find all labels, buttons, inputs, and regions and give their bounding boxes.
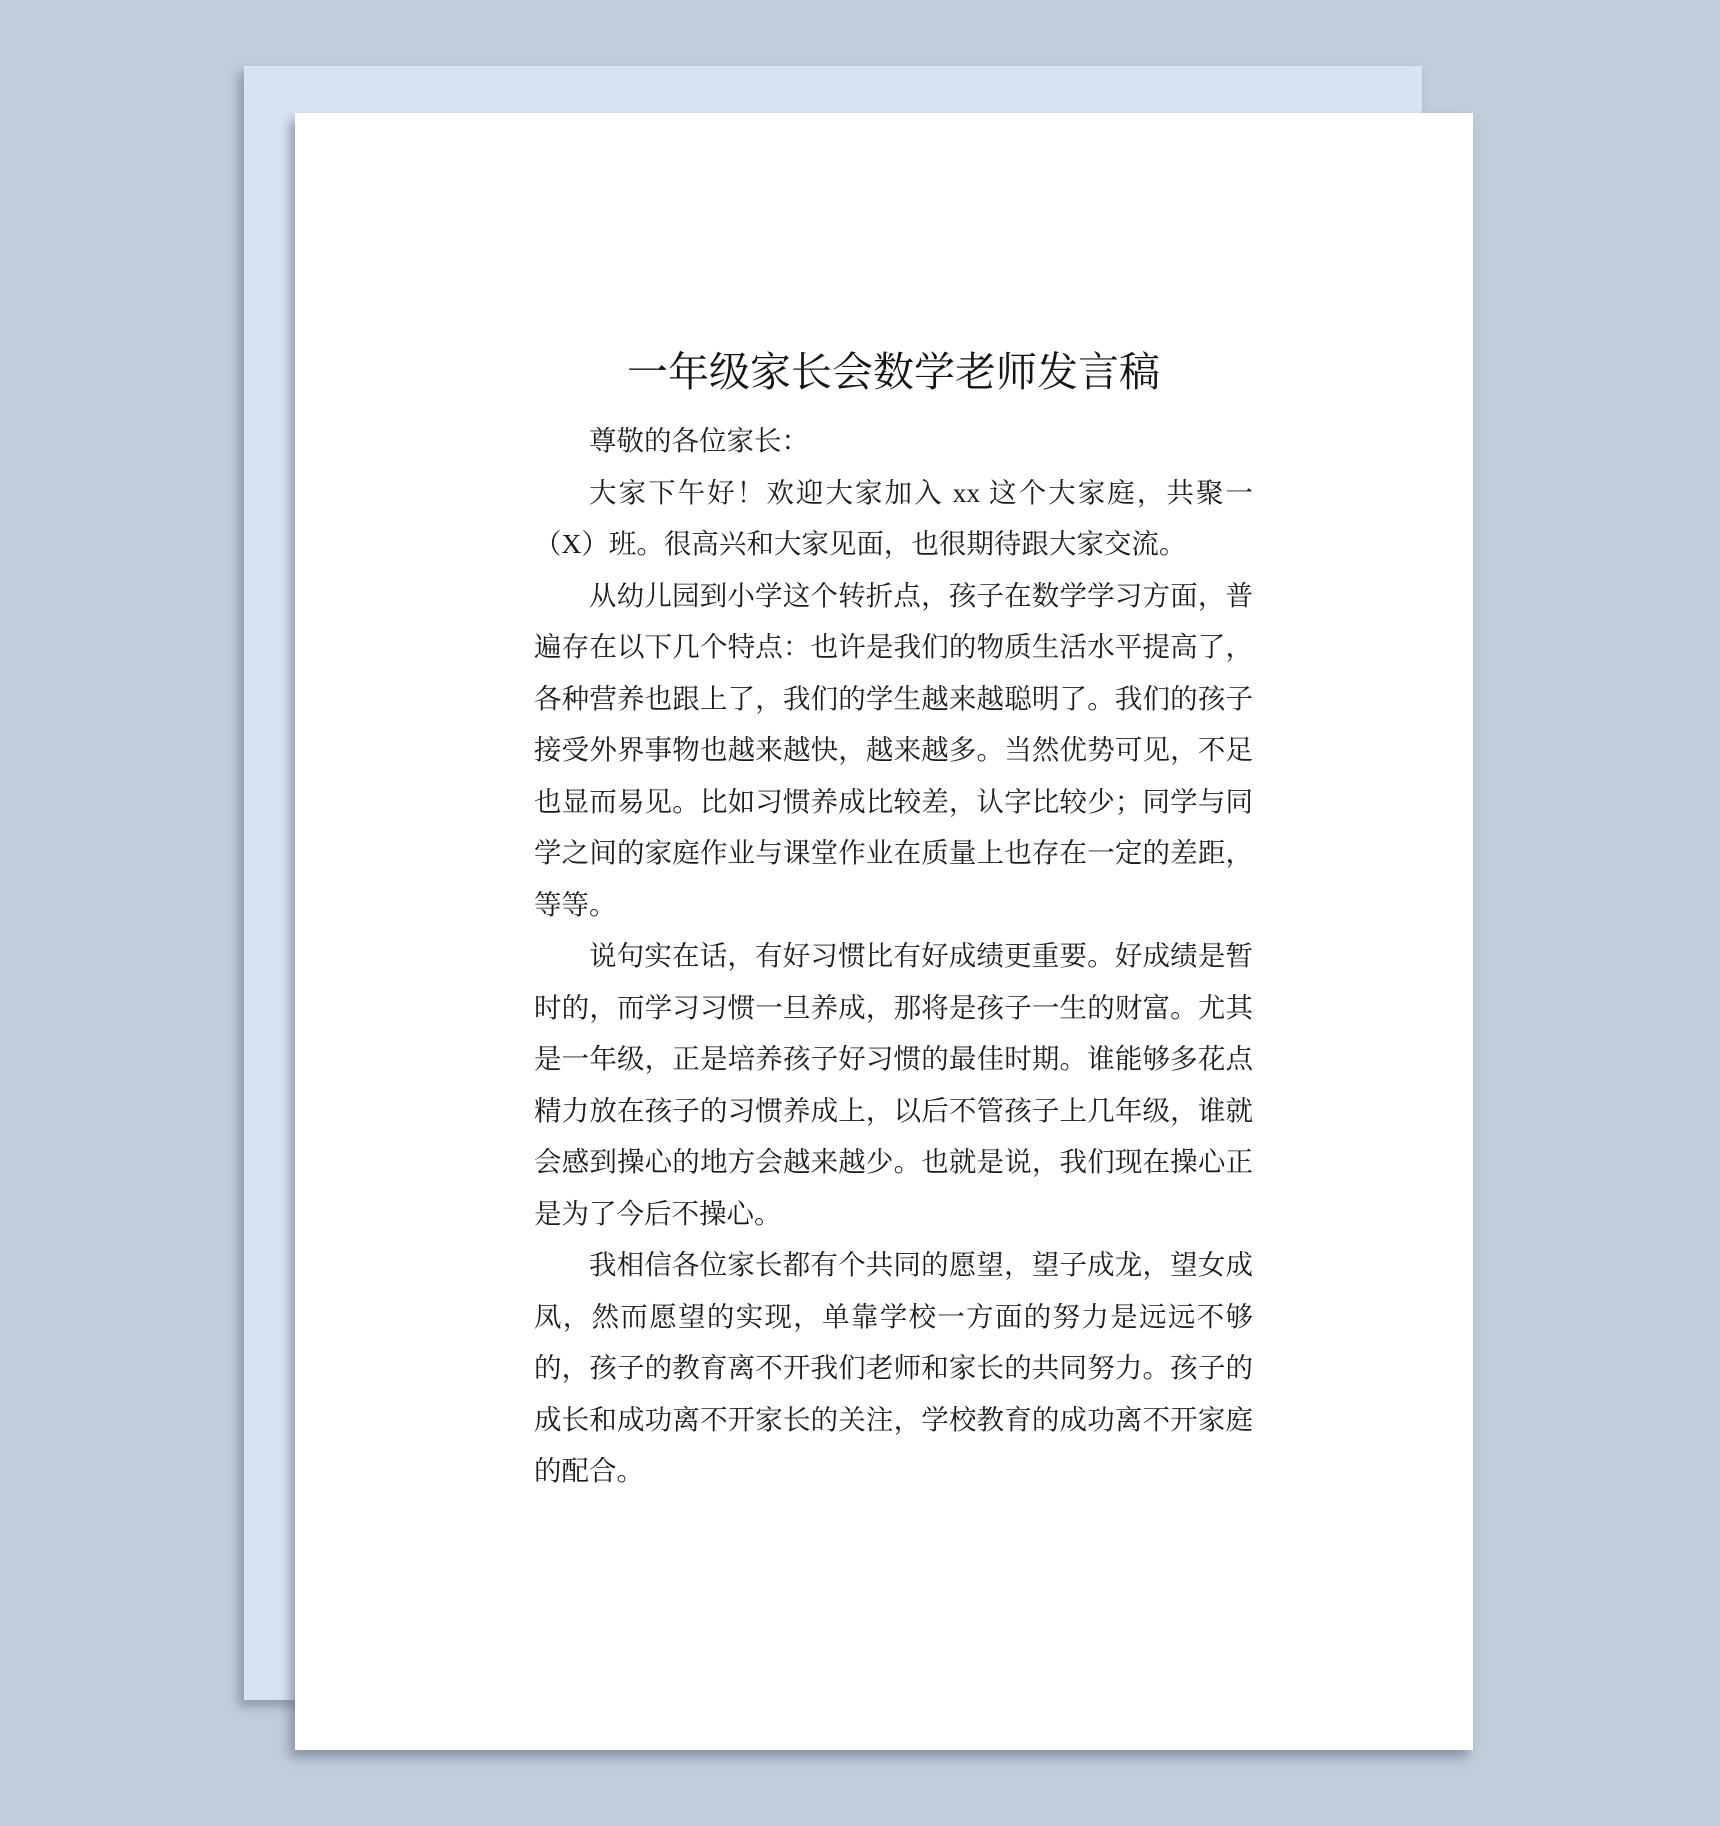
paragraph-salutation: 尊敬的各位家长：: [534, 415, 1253, 467]
paragraph-greeting: 大家下午好！欢迎大家加入 xx 这个大家庭，共聚一（X）班。很高兴和大家见面，也…: [534, 467, 1253, 570]
paragraph-characteristics: 从幼儿园到小学这个转折点，孩子在数学学习方面，普遍存在以下几个特点：也许是我们的…: [534, 570, 1253, 931]
document-body: 尊敬的各位家长： 大家下午好！欢迎大家加入 xx 这个大家庭，共聚一（X）班。很…: [534, 415, 1253, 1497]
paragraph-habits: 说句实在话，有好习惯比有好成绩更重要。好成绩是暂时的，而学习习惯一旦养成，那将是…: [534, 930, 1253, 1239]
paragraph-cooperation: 我相信各位家长都有个共同的愿望，望子成龙，望女成凤，然而愿望的实现，单靠学校一方…: [534, 1239, 1253, 1497]
document-page: 一年级家长会数学老师发言稿 尊敬的各位家长： 大家下午好！欢迎大家加入 xx 这…: [295, 113, 1473, 1750]
document-title: 一年级家长会数学老师发言稿: [534, 352, 1253, 393]
